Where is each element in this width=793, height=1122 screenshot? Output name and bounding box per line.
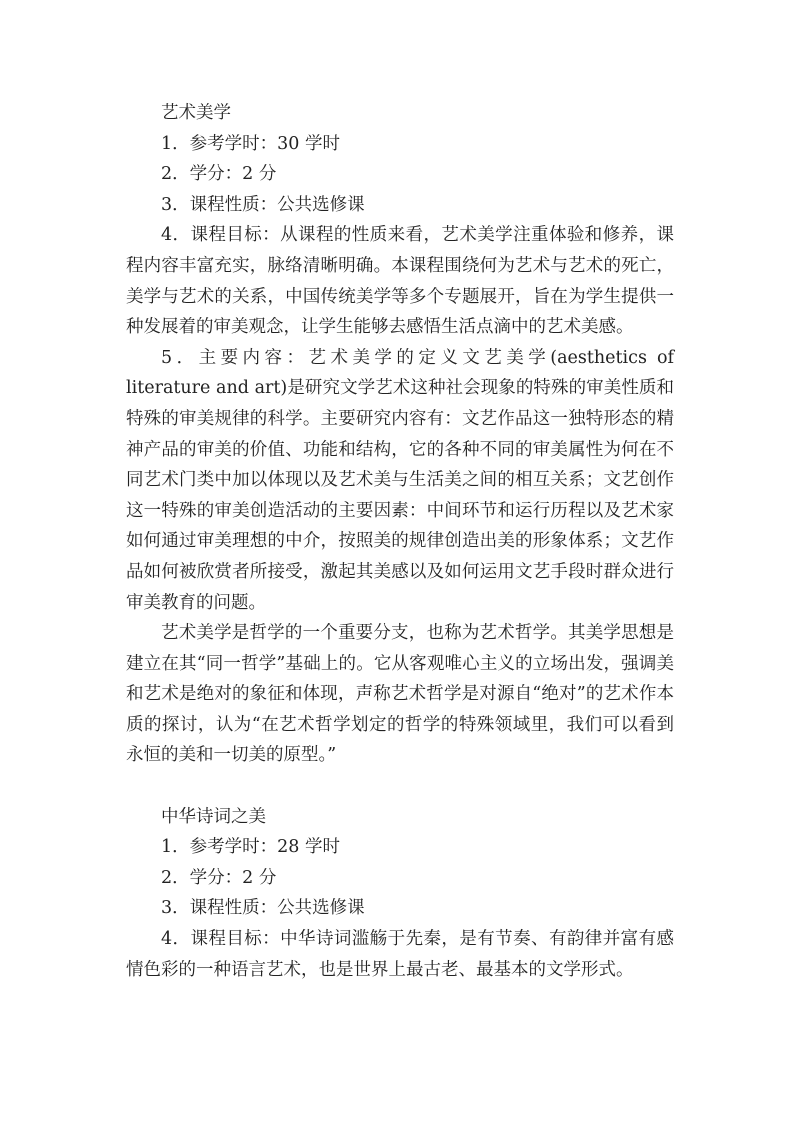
item-course-type: 3．课程性质：公共选修课 (126, 190, 674, 221)
item-credits: 2．学分：2 分 (126, 863, 674, 894)
paragraph-course-goal: 4．课程目标：中华诗词滥觞于先秦，是有节奏、有韵律并富有感情色彩的一种语言艺术，… (126, 924, 674, 985)
paragraph-main-content: 5．主要内容：艺术美学的定义文艺美学(aesthetics of literat… (126, 343, 674, 618)
document-page: 艺术美学 1．参考学时：30 学时 2．学分：2 分 3．课程性质：公共选修课 … (126, 98, 674, 985)
item-course-type: 3．课程性质：公共选修课 (126, 893, 674, 924)
item-credits: 2．学分：2 分 (126, 159, 674, 190)
section-title-chinese-poetry: 中华诗词之美 (126, 802, 674, 833)
paragraph-philosophy: 艺术美学是哲学的一个重要分支，也称为艺术哲学。其美学思想是建立在其“同一哲学”基… (126, 618, 674, 771)
section-spacer (126, 771, 674, 802)
item-credit-hours: 1．参考学时：30 学时 (126, 129, 674, 160)
paragraph-course-goal: 4．课程目标：从课程的性质来看，艺术美学注重体验和修养，课程内容丰富充实，脉络清… (126, 220, 674, 342)
section-title-art-aesthetics: 艺术美学 (126, 98, 674, 129)
item-credit-hours: 1．参考学时：28 学时 (126, 832, 674, 863)
